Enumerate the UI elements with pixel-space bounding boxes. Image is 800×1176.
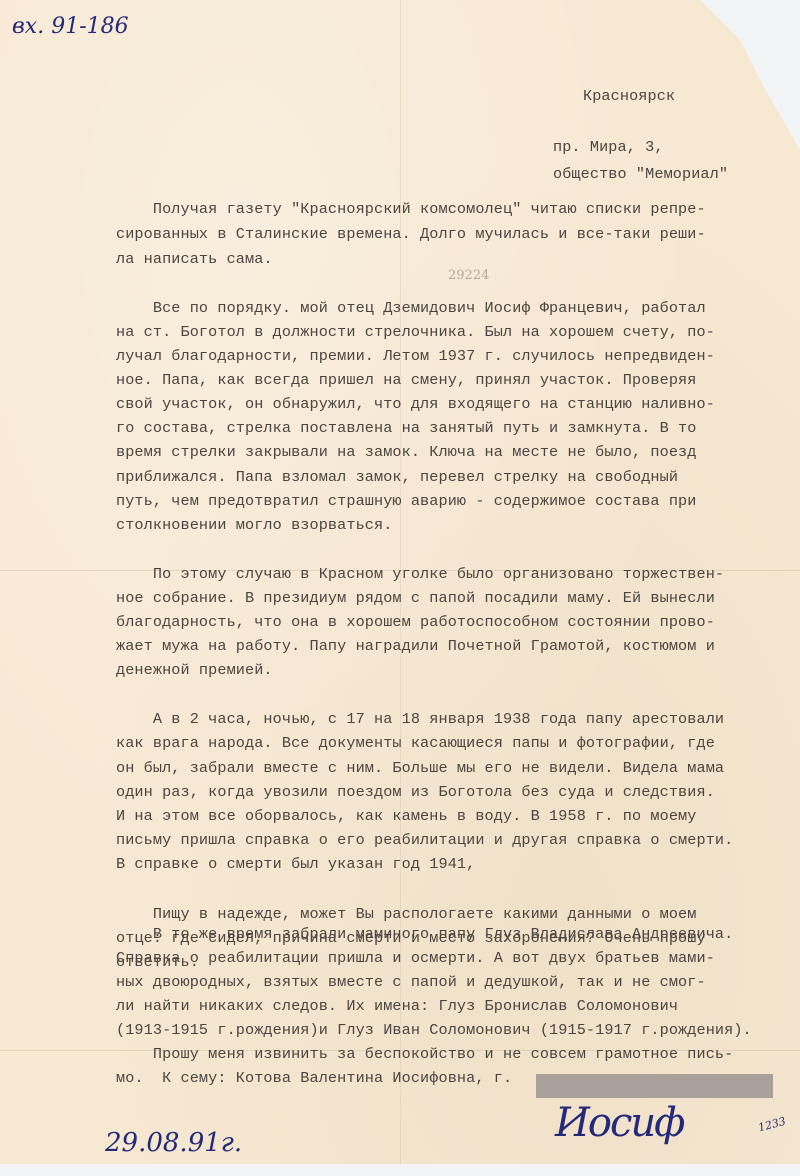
redacted-address: [536, 1074, 773, 1098]
letter-line: ли найти никаких следов. Их имена: Глуз …: [116, 997, 678, 1015]
header-address: пр. Мира, 3,: [553, 138, 664, 156]
page-mark: 1233: [757, 1115, 787, 1135]
letter-line: жает мужа на работу. Папу наградили Поче…: [116, 637, 715, 655]
letter-line: Пищу в надежде, может Вы распологаете ка…: [116, 905, 696, 923]
letter-line: путь, чем предотвратил страшную аварию -…: [116, 492, 696, 510]
header-city: Красноярск: [583, 87, 675, 105]
letter-line: на ст. Боготол в должности стрелочника. …: [116, 323, 715, 341]
letter-page: вх. 91-186 Красноярск пр. Мира, 3, общес…: [0, 0, 800, 1164]
letter-line: сированных в Сталинские времена. Долго м…: [116, 225, 706, 243]
letter-line: ла написать сама.: [116, 250, 273, 268]
letter-line: свой участок, он обнаружил, что для вход…: [116, 395, 715, 413]
handwritten-date: 29.08.91г.: [105, 1128, 242, 1158]
letter-line: как врага народа. Все документы касающие…: [116, 734, 715, 752]
letter-line: время стрелки закрывали на замок. Ключа …: [116, 443, 696, 461]
letter-line: В справке о смерти был указан год 1941,: [116, 855, 475, 873]
letter-line: Все по порядку. мой отец Дземидович Иоси…: [116, 299, 706, 317]
letter-line: Справка о реабилитации пришла и осмерти.…: [116, 949, 715, 967]
letter-line: благодарность, что она в хорошем работос…: [116, 613, 715, 631]
letter-line: ное. Папа, как всегда пришел на смену, п…: [116, 371, 696, 389]
letter-line: А в 2 часа, ночью, с 17 на 18 января 193…: [116, 710, 724, 728]
header-organization: общество "Мемориал": [553, 165, 728, 183]
letter-line: ное собрание. В президиум рядом с папой …: [116, 589, 715, 607]
letter-line: Получая газету "Красноярский комсомолец"…: [116, 200, 706, 218]
letter-line: Прошу меня извинить за беспокойство и не…: [116, 1045, 733, 1063]
signature: Иосиф: [555, 1100, 683, 1146]
letter-line: он был, забрали вместе с ним. Больше мы …: [116, 759, 724, 777]
letter-line: письму пришла справка о его реабилитации…: [116, 831, 733, 849]
pencil-number: 29224: [448, 268, 489, 283]
letter-line: столкновении могло взорваться.: [116, 516, 392, 534]
registry-mark: вх. 91-186: [12, 14, 129, 39]
letter-line: И на этом все оборвалось, как камень в в…: [116, 807, 696, 825]
letter-line: лучал благодарности, премии. Летом 1937 …: [116, 347, 715, 365]
letter-line: В то же время забрали маминого папу Глуз…: [116, 925, 733, 943]
letter-line: денежной премией.: [116, 661, 273, 679]
letter-line: приближался. Папа взломал замок, перевел…: [116, 468, 678, 486]
letter-line: мо. К сему: Котова Валентина Иосифовна, …: [116, 1069, 512, 1087]
letter-line: го состава, стрелка поставлена на заняты…: [116, 419, 696, 437]
letter-line: По этому случаю в Красном уголке было ор…: [116, 565, 724, 583]
letter-line: ных двоюродных, взятых вместе с папой и …: [116, 973, 706, 991]
letter-line: (1913-1915 г.рождения)и Глуз Иван Соломо…: [116, 1021, 752, 1039]
letter-line: один раз, когда увозили поездом из Богот…: [116, 783, 715, 801]
